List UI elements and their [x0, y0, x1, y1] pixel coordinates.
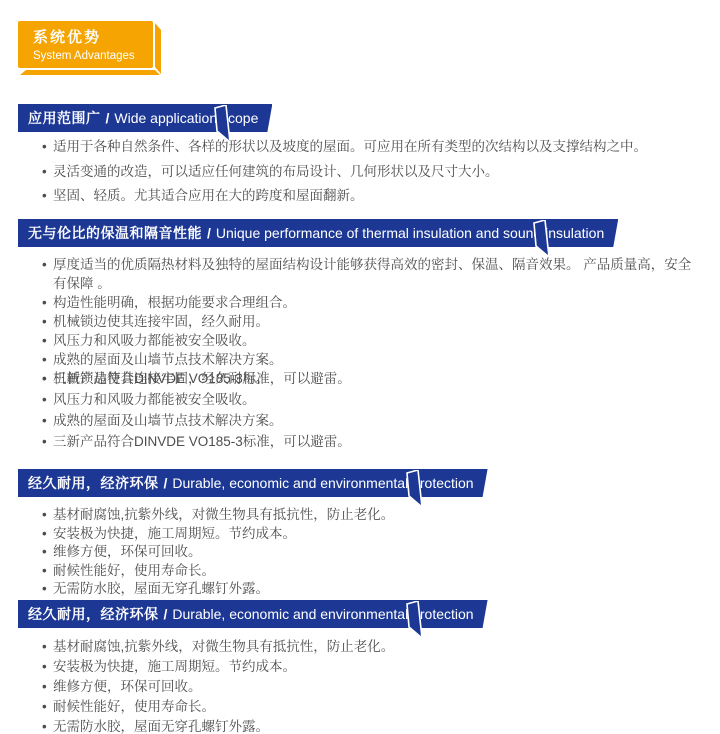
bullet-icon: • — [42, 350, 53, 369]
list-item: •机械锁边使其连接牢固，经久耐用。 — [42, 368, 702, 389]
bullet-icon: • — [42, 431, 53, 452]
bullet-icon: • — [42, 135, 53, 160]
list-item-text: 成熟的屋面及山墙节点技术解决方案。 — [53, 350, 283, 369]
section-banner-thermal-and-sound-insulation: 无与伦比的保温和隔音性能/Unique performance of therm… — [18, 219, 618, 247]
list-item-text: 灵活变通的改造，可以适应任何建筑的布局设计、几何形状以及尺寸大小。 — [53, 160, 499, 185]
list-item-text: 安装极为快捷，施工周期短。节约成本。 — [53, 657, 296, 677]
page-title-en: System Advantages — [33, 49, 135, 63]
list-item-text: 基材耐腐蚀,抗紫外线，对微生物具有抵抗性，防止老化。 — [53, 506, 394, 525]
list-item: •基材耐腐蚀,抗紫外线，对微生物具有抵抗性，防止老化。 — [42, 637, 702, 657]
bullet-list-wide-application-scope: •适用于各种自然条件、各样的形状以及坡度的屋面。可应用在所有类型的次结构以及支撑… — [42, 135, 702, 209]
list-item: •成熟的屋面及山墙节点技术解决方案。 — [42, 410, 702, 431]
bullet-icon: • — [42, 543, 53, 562]
bullet-icon: • — [42, 160, 53, 185]
bullet-icon: • — [42, 312, 53, 331]
list-item-text: 基材耐腐蚀,抗紫外线，对微生物具有抵抗性，防止老化。 — [53, 637, 394, 657]
title-tab: 系统优势 System Advantages — [18, 21, 170, 79]
list-item: •无需防水胶，屋面无穿孔螺钉外露。 — [42, 717, 702, 734]
list-item: •构造性能明确，根据功能要求合理组合。 — [42, 293, 702, 312]
bullet-icon: • — [42, 717, 53, 734]
banner-heading-en: Durable, economic and environmental prot… — [172, 606, 473, 622]
list-item: •维修方便，环保可回收。 — [42, 543, 702, 562]
bullet-list-durable-economic-1: •基材耐腐蚀,抗紫外线，对微生物具有抵抗性，防止老化。 •安装极为快捷，施工周期… — [42, 506, 702, 599]
list-item: •灵活变通的改造，可以适应任何建筑的布局设计、几何形状以及尺寸大小。 — [42, 160, 702, 185]
list-item-text: 坚固、轻质。尤其适合应用在大的跨度和屋面翻新。 — [53, 184, 364, 209]
list-item: •三新产品符合DINVDE VO185-3标准，可以避雷。 — [42, 431, 702, 452]
list-item-text: 耐候性能好，使用寿命长。 — [53, 562, 215, 581]
banner-separator: / — [164, 606, 168, 622]
list-item-text: 安装极为快捷，施工周期短。节约成本。 — [53, 525, 296, 544]
list-item-text: 维修方便，环保可回收。 — [53, 543, 202, 562]
section-banner-wide-application-scope: 应用范围广/Wide application scope — [18, 104, 272, 132]
bullet-icon: • — [42, 506, 53, 525]
list-item-text: 成熟的屋面及山墙节点技术解决方案。 — [53, 410, 283, 431]
bullet-list-durable-economic-2: •基材耐腐蚀,抗紫外线，对微生物具有抵抗性，防止老化。 •安装极为快捷，施工周期… — [42, 637, 702, 734]
banner-separator: / — [207, 225, 211, 241]
list-item-text: 风压力和风吸力都能被安全吸收。 — [53, 389, 256, 410]
list-item: •机械锁边使其连接牢固，经久耐用。 — [42, 312, 702, 331]
list-item: •耐候性能好，使用寿命长。 — [42, 562, 702, 581]
list-item-text: 三新产品符合DINVDE VO185-3标准，可以避雷。 — [53, 431, 351, 452]
list-item-text: 厚度适当的优质隔热材料及独特的屋面结构设计能够获得高效的密封、保温、隔音效果。 … — [53, 255, 702, 293]
banner-heading-zh: 无与伦比的保温和隔音性能 — [28, 225, 202, 241]
list-item-text: 耐候性能好，使用寿命长。 — [53, 697, 215, 717]
list-item: •无需防水胶，屋面无穿孔螺钉外露。 — [42, 580, 702, 599]
list-item: •适用于各种自然条件、各样的形状以及坡度的屋面。可应用在所有类型的次结构以及支撑… — [42, 135, 702, 160]
list-item: •坚固、轻质。尤其适合应用在大的跨度和屋面翻新。 — [42, 184, 702, 209]
bullet-icon: • — [42, 637, 53, 657]
bullet-icon: • — [42, 389, 53, 410]
bullet-icon: • — [42, 525, 53, 544]
list-item: •厚度适当的优质隔热材料及独特的屋面结构设计能够获得高效的密封、保温、隔音效果。… — [42, 255, 702, 293]
list-item-text: 维修方便，环保可回收。 — [53, 677, 202, 697]
banner-heading-zh: 应用范围广 — [28, 110, 101, 126]
banner-heading-zh: 经久耐用，经济环保 — [28, 606, 159, 622]
list-item-text: 无需防水胶，屋面无穿孔螺钉外露。 — [53, 717, 269, 734]
list-item-text: 构造性能明确，根据功能要求合理组合。 — [53, 293, 296, 312]
list-item: •安装极为快捷，施工周期短。节约成本。 — [42, 525, 702, 544]
list-item: •基材耐腐蚀,抗紫外线，对微生物具有抵抗性，防止老化。 — [42, 506, 702, 525]
list-item-text: 适用于各种自然条件、各样的形状以及坡度的屋面。可应用在所有类型的次结构以及支撑结… — [53, 135, 647, 160]
list-item: •维修方便，环保可回收。 — [42, 677, 702, 697]
list-item: •安装极为快捷，施工周期短。节约成本。 — [42, 657, 702, 677]
page-title-zh: 系统优势 — [33, 29, 135, 47]
bullet-icon: • — [42, 580, 53, 599]
banner-separator: / — [106, 110, 110, 126]
list-item-text: 机械锁边使其连接牢固，经久耐用。 — [53, 368, 269, 389]
list-item: •耐候性能好，使用寿命长。 — [42, 697, 702, 717]
banner-heading-en: Durable, economic and environmental prot… — [172, 475, 473, 491]
bullet-icon: • — [42, 562, 53, 581]
bullet-icon: • — [42, 184, 53, 209]
list-item-text: 机械锁边使其连接牢固，经久耐用。 — [53, 312, 269, 331]
banner-heading-en: Wide application scope — [114, 110, 258, 126]
page-title: 系统优势 System Advantages — [33, 29, 135, 63]
banner-heading-zh: 经久耐用，经济环保 — [28, 475, 159, 491]
banner-separator: / — [164, 475, 168, 491]
bullet-icon: • — [42, 697, 53, 717]
bullet-icon: • — [42, 293, 53, 312]
bullet-icon: • — [42, 255, 53, 293]
list-item: •风压力和风吸力都能被安全吸收。 — [42, 389, 702, 410]
bullet-icon: • — [42, 368, 53, 389]
page: 系统优势 System Advantages 应用范围广/Wide applic… — [0, 0, 720, 734]
bullet-icon: • — [42, 410, 53, 431]
bullet-list-thermal-and-sound-insulation-repeat: •机械锁边使其连接牢固，经久耐用。 •风压力和风吸力都能被安全吸收。 •成熟的屋… — [42, 368, 702, 452]
list-item: •成熟的屋面及山墙节点技术解决方案。 — [42, 350, 702, 369]
bullet-icon: • — [42, 677, 53, 697]
bullet-icon: • — [42, 657, 53, 677]
list-item: •风压力和风吸力都能被安全吸收。 — [42, 331, 702, 350]
list-item-text: 无需防水胶，屋面无穿孔螺钉外露。 — [53, 580, 269, 599]
bullet-icon: • — [42, 331, 53, 350]
list-item-text: 风压力和风吸力都能被安全吸收。 — [53, 331, 256, 350]
